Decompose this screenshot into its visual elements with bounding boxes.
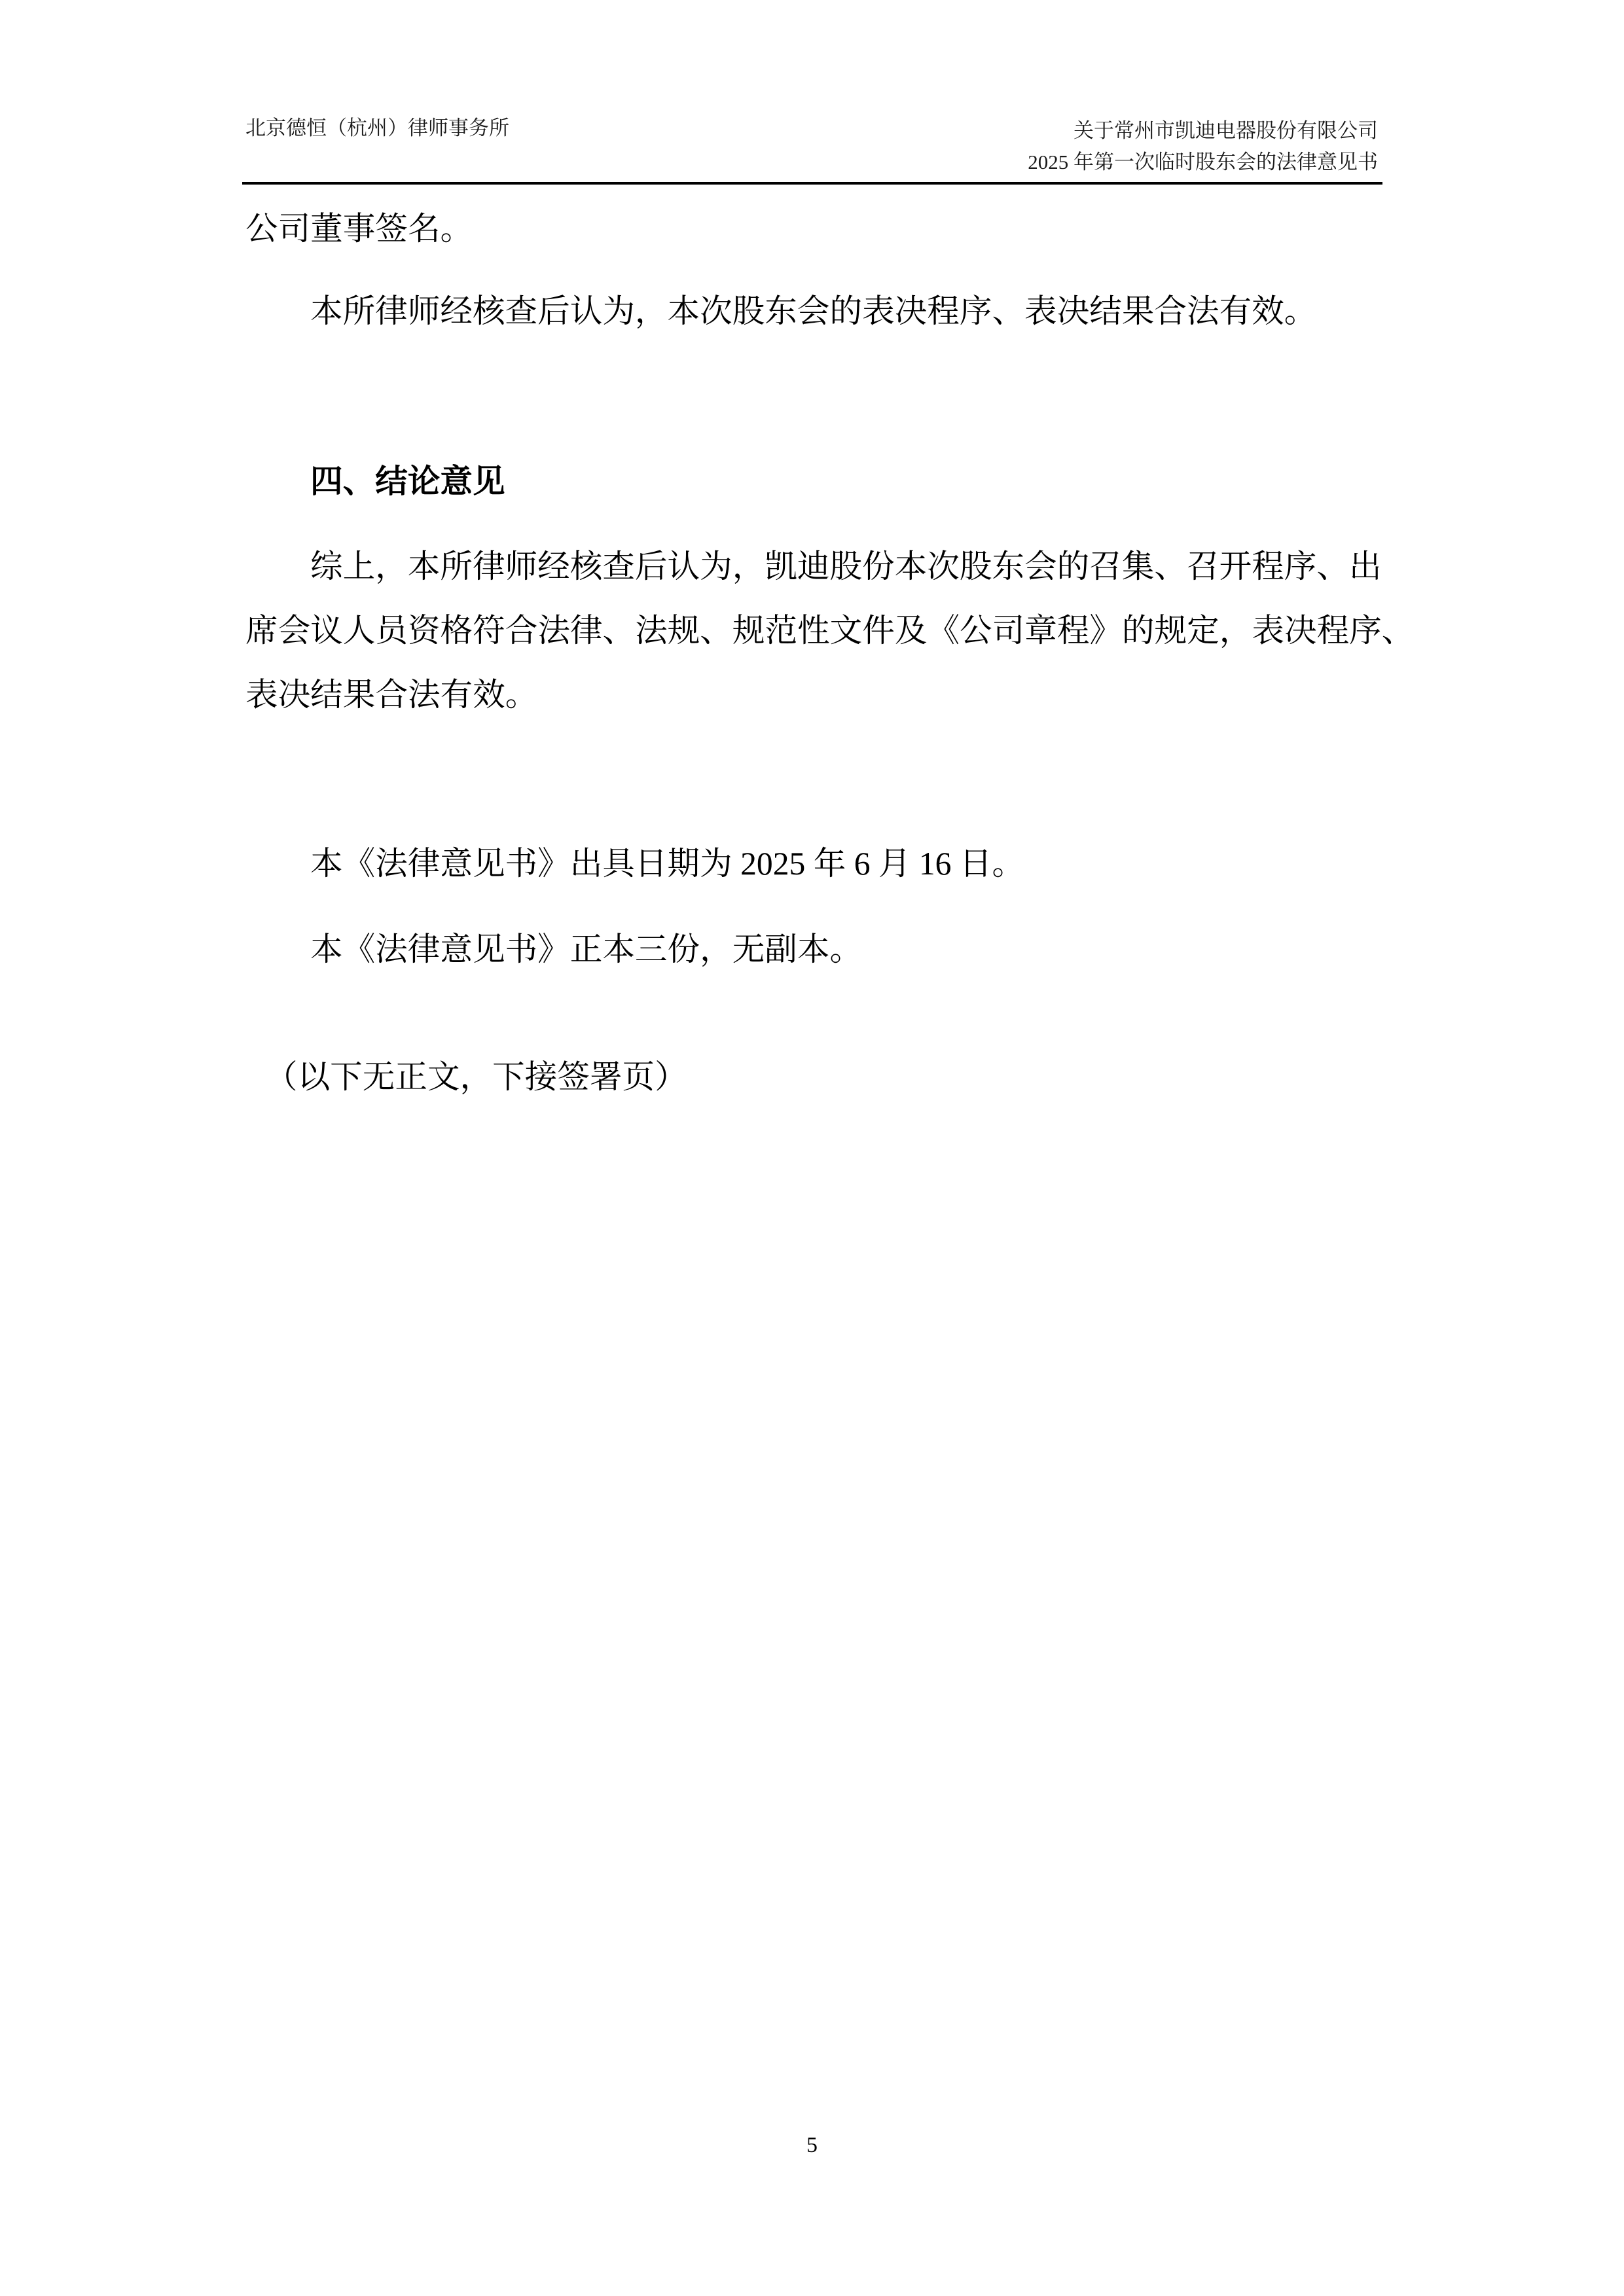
- header-document-title: 关于常州市凯迪电器股份有限公司 2025 年第一次临时股东会的法律意见书: [1028, 115, 1378, 178]
- header-divider: [242, 182, 1382, 185]
- conclusion-line-2: 席会议人员资格符合法律、法规、规范性文件及《公司章程》的规定，表决程序、: [245, 611, 1381, 651]
- copies-statement: 本《法律意见书》正本三份，无副本。: [310, 930, 1381, 969]
- document-page: 北京德恒（杭州）律师事务所 关于常州市凯迪电器股份有限公司 2025 年第一次临…: [0, 0, 1624, 2296]
- conclusion-line-3: 表决结果合法有效。: [245, 675, 1381, 715]
- header-title-line-2: 2025 年第一次临时股东会的法律意见书: [1028, 147, 1378, 178]
- conclusion-line-1: 综上，本所律师经核查后认为，凯迪股份本次股东会的召集、召开程序、出: [310, 547, 1381, 586]
- issue-date-statement: 本《法律意见书》出具日期为 2025 年 6 月 16 日。: [310, 844, 1381, 884]
- voting-conclusion-paragraph: 本所律师经核查后认为，本次股东会的表决程序、表决结果合法有效。: [310, 292, 1381, 331]
- header-title-line-1: 关于常州市凯迪电器股份有限公司: [1028, 115, 1378, 147]
- section-heading: 四、结论意见: [310, 462, 1381, 501]
- continuation-text: 公司董事签名。: [245, 209, 1381, 249]
- header-law-firm: 北京德恒（杭州）律师事务所: [245, 115, 509, 141]
- end-of-text-note: （以下无正文，下接签署页）: [265, 1058, 1401, 1097]
- page-number: 5: [0, 2132, 1624, 2159]
